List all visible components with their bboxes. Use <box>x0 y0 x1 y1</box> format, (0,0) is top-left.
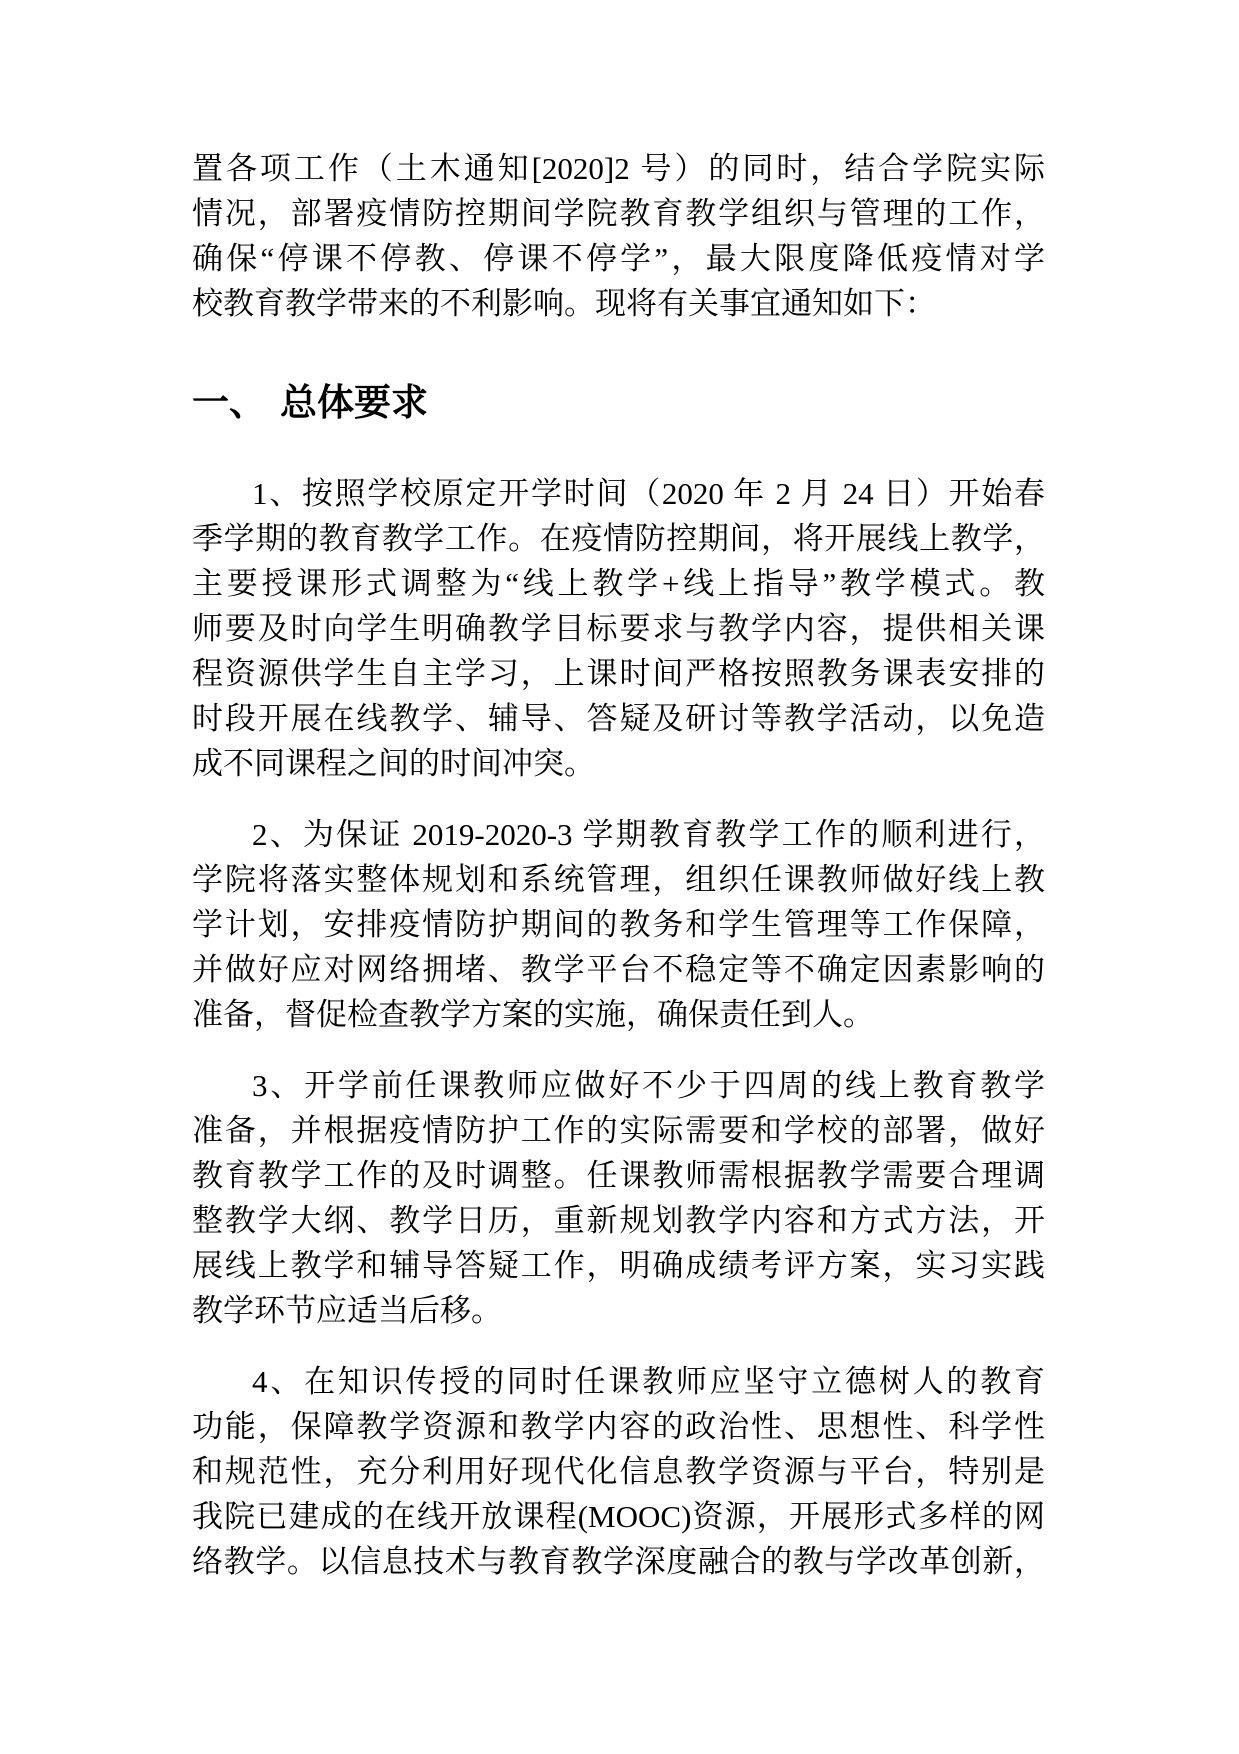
text-line: 主要授课形式调整为“线上教学+线上指导”教学模式。教 <box>192 561 1045 606</box>
text-line: 展线上教学和辅导答疑工作，明确成绩考评方案，实习实践 <box>192 1243 1045 1288</box>
text-line: 教学环节应适当后移。 <box>192 1288 1045 1333</box>
text-line: 1、按照学校原定开学时间（2020 年 2 月 24 日）开始春 <box>192 471 1045 516</box>
intro-paragraph: 置各项工作（土木通知[2020]2 号）的同时，结合学院实际情况，部署疫情防控期… <box>192 146 1045 326</box>
text-line: 情况，部署疫情防控期间学院教育教学组织与管理的工作， <box>192 191 1045 236</box>
text-line: 置各项工作（土木通知[2020]2 号）的同时，结合学院实际 <box>192 146 1045 191</box>
text-line: 准备，督促检查教学方案的实施，确保责任到人。 <box>192 992 1045 1037</box>
numbered-paragraph: 1、按照学校原定开学时间（2020 年 2 月 24 日）开始春季学期的教育教学… <box>192 471 1045 786</box>
document-page: 置各项工作（土木通知[2020]2 号）的同时，结合学院实际情况，部署疫情防控期… <box>0 0 1239 1754</box>
section-heading: 一、总体要求 <box>192 380 1045 425</box>
text-line: 2、为保证 2019-2020-3 学期教育教学工作的顺利进行， <box>192 812 1045 857</box>
text-line: 准备，并根据疫情防护工作的实际需要和学校的部署，做好 <box>192 1108 1045 1153</box>
text-line: 并做好应对网络拥堵、教学平台不稳定等不确定因素影响的 <box>192 947 1045 992</box>
text-line: 我院已建成的在线开放课程(MOOC)资源，开展形式多样的网 <box>192 1494 1045 1539</box>
text-line: 4、在知识传授的同时任课教师应坚守立德树人的教育 <box>192 1359 1045 1404</box>
text-line: 校教育教学带来的不利影响。现将有关事宜通知如下： <box>192 281 1045 326</box>
text-line: 整教学大纲、教学日历，重新规划教学内容和方式方法，开 <box>192 1198 1045 1243</box>
text-line: 季学期的教育教学工作。在疫情防控期间，将开展线上教学， <box>192 516 1045 561</box>
text-line: 教育教学工作的及时调整。任课教师需根据教学需要合理调 <box>192 1153 1045 1198</box>
text-line: 和规范性，充分利用好现代化信息教学资源与平台，特别是 <box>192 1449 1045 1494</box>
numbered-paragraph: 3、开学前任课教师应做好不少于四周的线上教育教学准备，并根据疫情防护工作的实际需… <box>192 1063 1045 1333</box>
text-line: 学计划，安排疫情防护期间的教务和学生管理等工作保障， <box>192 902 1045 947</box>
text-line: 络教学。以信息技术与教育教学深度融合的教与学改革创新， <box>192 1539 1045 1584</box>
text-line: 3、开学前任课教师应做好不少于四周的线上教育教学 <box>192 1063 1045 1108</box>
text-line: 功能，保障教学资源和教学内容的政治性、思想性、科学性 <box>192 1404 1045 1449</box>
text-line: 成不同课程之间的时间冲突。 <box>192 741 1045 786</box>
numbered-paragraph: 2、为保证 2019-2020-3 学期教育教学工作的顺利进行，学院将落实整体规… <box>192 812 1045 1037</box>
text-line: 师要及时向学生明确教学目标要求与教学内容，提供相关课 <box>192 606 1045 651</box>
section-heading-number: 一、 <box>192 382 266 423</box>
text-line: 学院将落实整体规划和系统管理，组织任课教师做好线上教 <box>192 857 1045 902</box>
text-line: 时段开展在线教学、辅导、答疑及研讨等教学活动，以免造 <box>192 696 1045 741</box>
section-heading-title: 总体要求 <box>280 382 428 423</box>
numbered-paragraphs: 1、按照学校原定开学时间（2020 年 2 月 24 日）开始春季学期的教育教学… <box>192 471 1045 1584</box>
text-line: 确保“停课不停教、停课不停学”，最大限度降低疫情对学 <box>192 236 1045 281</box>
text-line: 程资源供学生自主学习，上课时间严格按照教务课表安排的 <box>192 651 1045 696</box>
numbered-paragraph: 4、在知识传授的同时任课教师应坚守立德树人的教育功能，保障教学资源和教学内容的政… <box>192 1359 1045 1584</box>
document-content: 置各项工作（土木通知[2020]2 号）的同时，结合学院实际情况，部署疫情防控期… <box>192 146 1045 1584</box>
